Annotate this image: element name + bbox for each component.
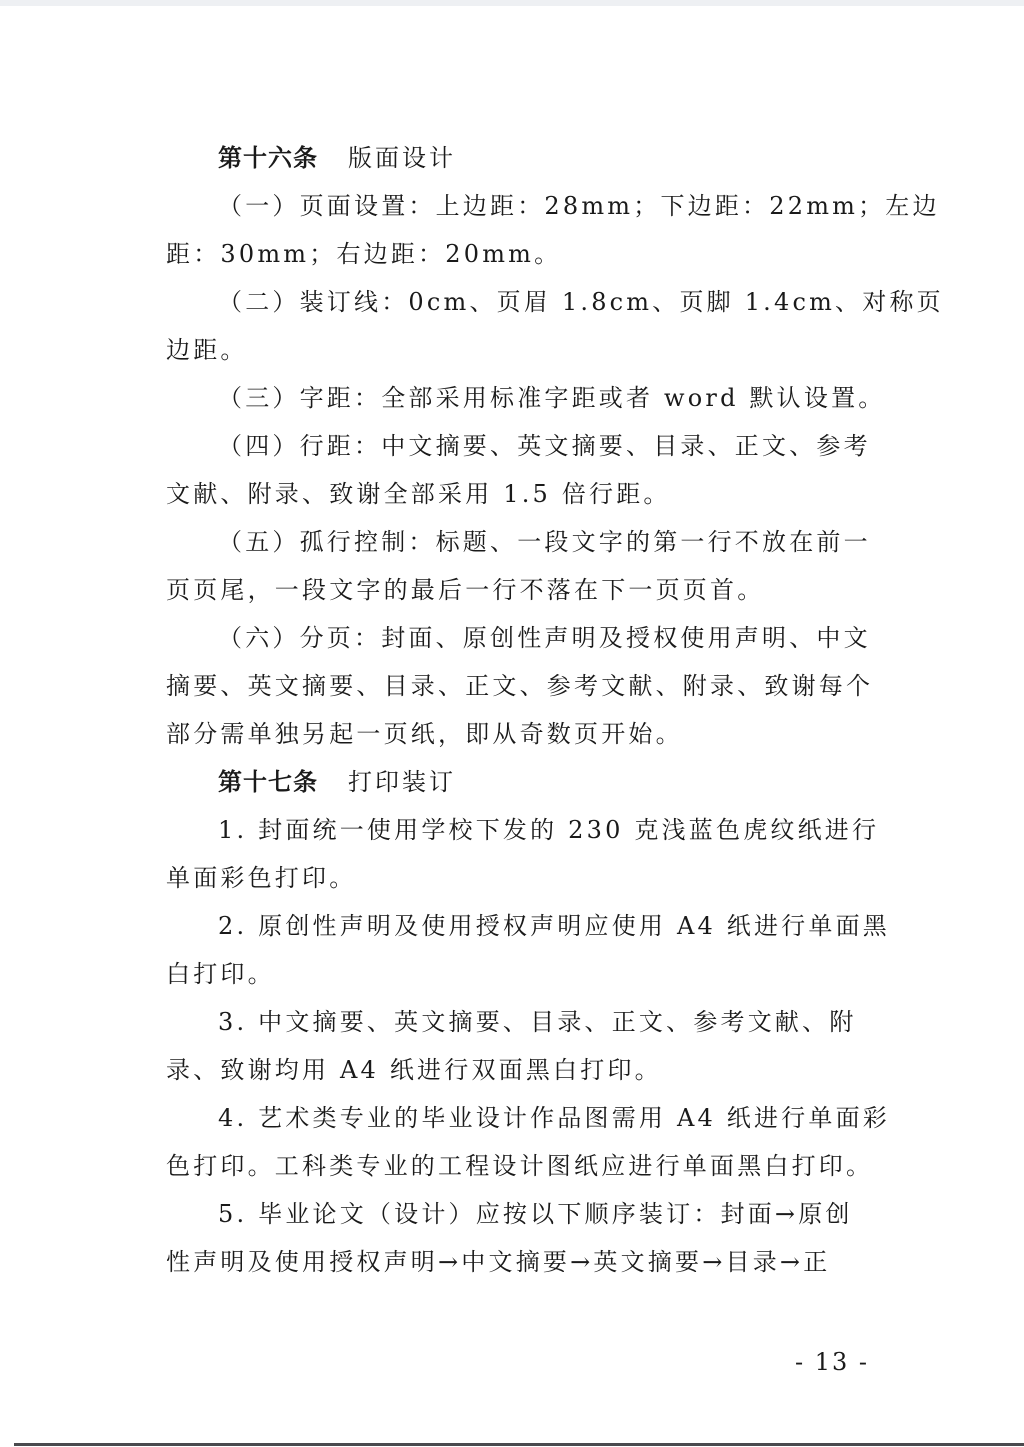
- article-title: 版面设计: [348, 144, 456, 172]
- paragraph-line: 白打印。: [166, 959, 876, 989]
- paragraph-line: （五）孤行控制：标题、一段文字的第一行不放在前一: [218, 527, 876, 557]
- paragraph-line: 摘要、英文摘要、目录、正文、参考文献、附录、致谢每个: [166, 671, 876, 701]
- paragraph-line: 文献、附录、致谢全部采用 1.5 倍行距。: [166, 479, 876, 509]
- paragraph-line: 距：30mm；右边距：20mm。: [166, 239, 876, 269]
- paragraph-line: 部分需单独另起一页纸，即从奇数页开始。: [166, 719, 876, 749]
- paragraph-line: 1. 封面统一使用学校下发的 230 克浅蓝色虎纹纸进行: [218, 815, 876, 845]
- paragraph-line: 单面彩色打印。: [166, 863, 876, 893]
- paragraph-line: 3. 中文摘要、英文摘要、目录、正文、参考文献、附: [218, 1007, 876, 1037]
- document-page: 第十六条版面设计 （一）页面设置：上边距：28mm；下边距：22mm；左边 距：…: [0, 0, 1024, 1447]
- article-title: 打印装订: [348, 768, 456, 796]
- paragraph-line: （三）字距：全部采用标准字距或者 word 默认设置。: [218, 383, 876, 413]
- section-heading-16: 第十六条版面设计: [218, 143, 876, 173]
- paragraph-line: （二）装订线：0cm、页眉 1.8cm、页脚 1.4cm、对称页: [218, 287, 876, 317]
- paragraph-line: 边距。: [166, 335, 876, 365]
- scan-bottom-edge: [14, 1443, 1024, 1446]
- paragraph-line: 2. 原创性声明及使用授权声明应使用 A4 纸进行单面黑: [218, 911, 876, 941]
- article-label: 第十六条: [218, 143, 318, 172]
- paragraph-line: 性声明及使用授权声明→中文摘要→英文摘要→目录→正: [166, 1247, 876, 1277]
- paragraph-line: 页页尾，一段文字的最后一行不落在下一页页首。: [166, 575, 876, 605]
- paragraph-line: （六）分页：封面、原创性声明及授权使用声明、中文: [218, 623, 876, 653]
- paragraph-line: 5. 毕业论文（设计）应按以下顺序装订：封面→原创: [218, 1199, 876, 1229]
- paragraph-line: （一）页面设置：上边距：28mm；下边距：22mm；左边: [218, 191, 876, 221]
- page-number: - 13 -: [795, 1347, 869, 1377]
- section-heading-17: 第十七条打印装订: [218, 767, 876, 797]
- paragraph-line: （四）行距：中文摘要、英文摘要、目录、正文、参考: [218, 431, 876, 461]
- paragraph-line: 4. 艺术类专业的毕业设计作品图需用 A4 纸进行单面彩: [218, 1103, 876, 1133]
- article-label: 第十七条: [218, 767, 318, 796]
- paragraph-line: 色打印。工科类专业的工程设计图纸应进行单面黑白打印。: [166, 1151, 876, 1181]
- paragraph-line: 录、致谢均用 A4 纸进行双面黑白打印。: [166, 1055, 876, 1085]
